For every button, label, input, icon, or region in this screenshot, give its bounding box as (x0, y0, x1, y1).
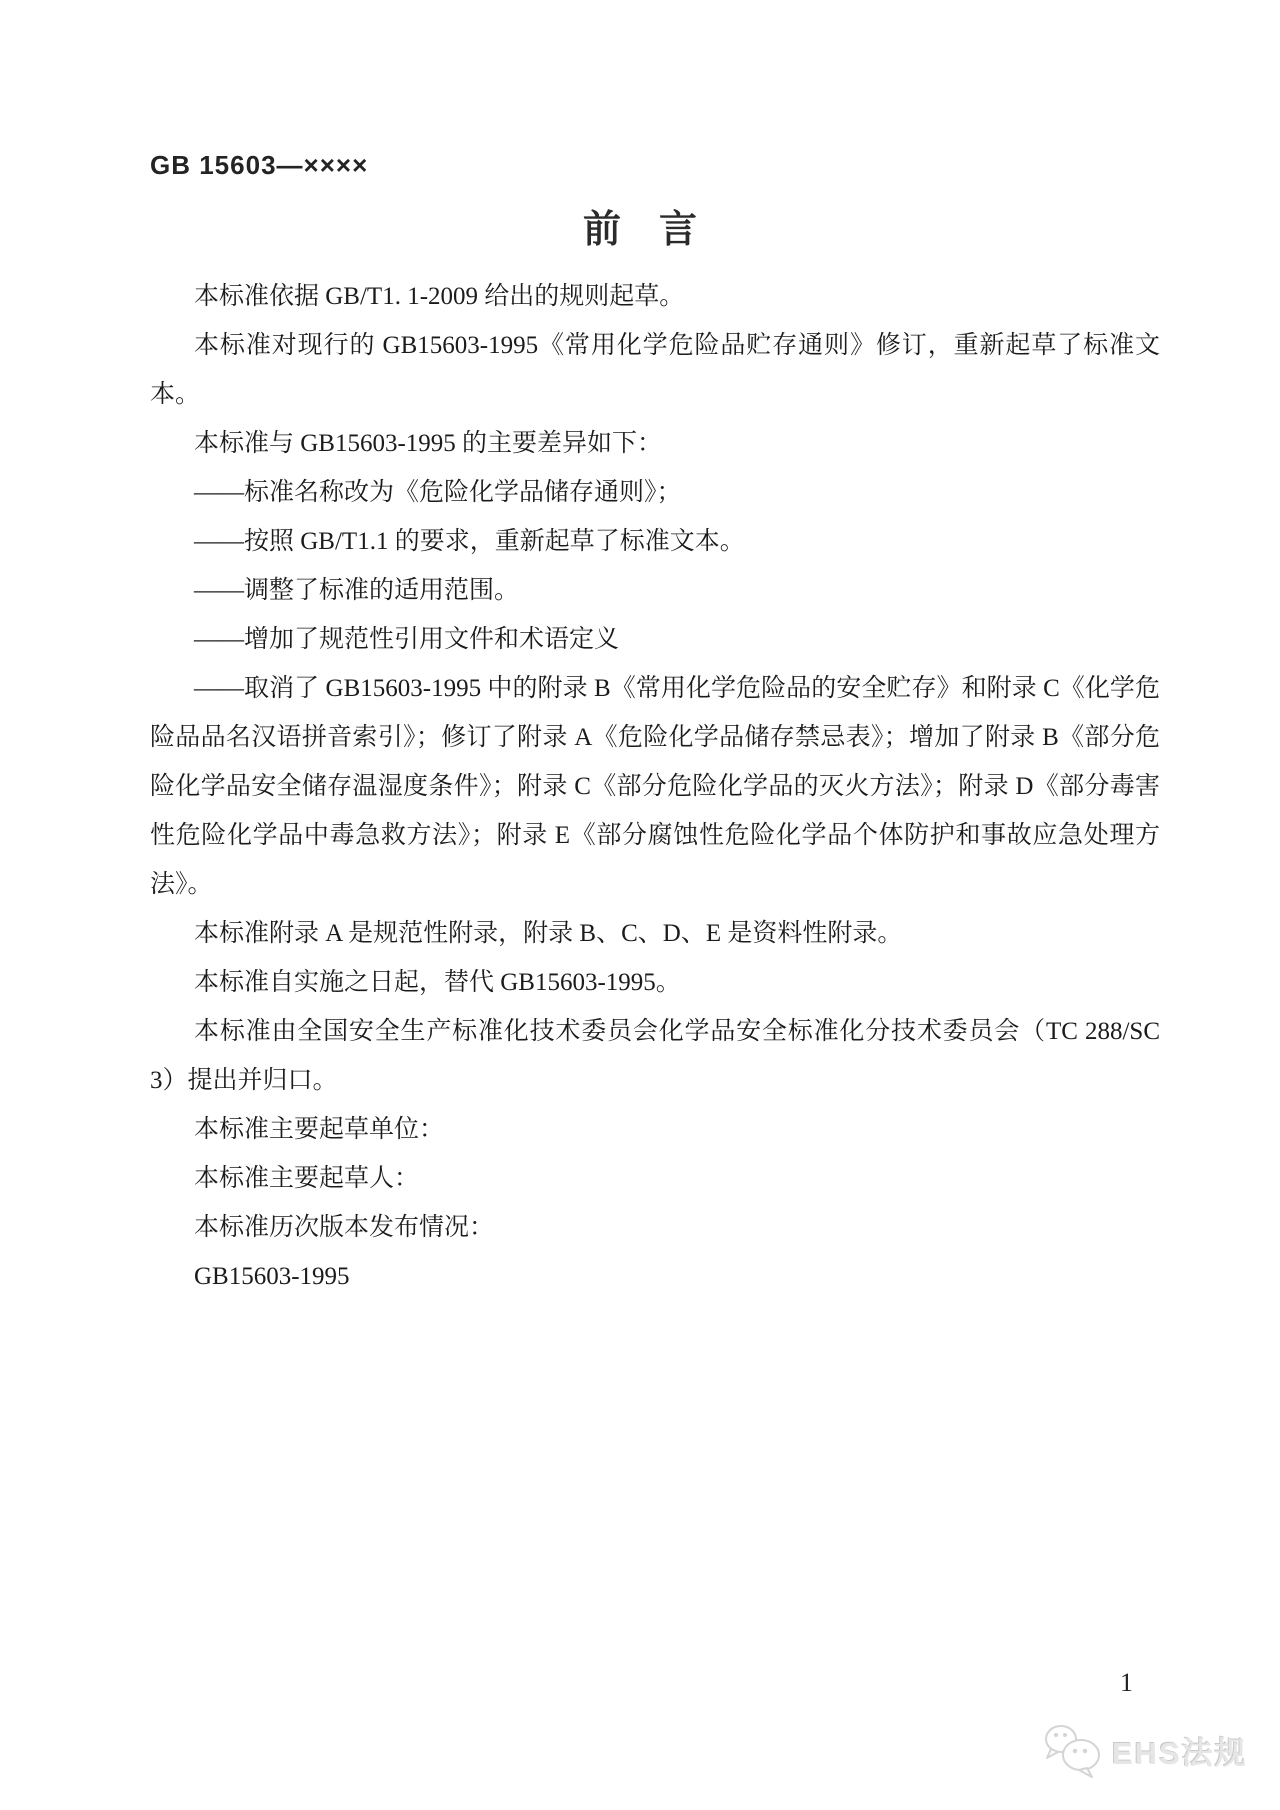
wechat-bubbles-icon (1040, 1722, 1104, 1778)
watermark-label: EHS法规 (1112, 1728, 1248, 1773)
paragraph-diff-scope: ——调整了标准的适用范围。 (150, 566, 1160, 615)
paragraph-annex-types: 本标准附录 A 是规范性附录，附录 B、C、D、E 是资料性附录。 (150, 909, 1160, 958)
watermark: EHS法规 (1040, 1722, 1248, 1778)
paragraph-previous-edition: GB15603-1995 (150, 1252, 1160, 1301)
foreword-body: 本标准依据 GB/T1. 1-2009 给出的规则起草。 本标准对现行的 GB1… (150, 272, 1160, 1301)
paragraph-replacement: 本标准自实施之日起，替代 GB15603-1995。 (150, 958, 1160, 1007)
foreword-title: 前 言 (0, 198, 1280, 253)
standard-number: GB 15603—×××× (150, 150, 368, 181)
paragraph-revision-basis: 本标准对现行的 GB15603-1995《常用化学危险品贮存通则》修订，重新起草… (150, 321, 1160, 419)
paragraph-proposing-body: 本标准由全国安全生产标准化技术委员会化学品安全标准化分技术委员会（TC 288/… (150, 1007, 1160, 1105)
paragraph-drafting-units: 本标准主要起草单位： (150, 1105, 1160, 1154)
document-page: GB 15603—×××× 前 言 本标准依据 GB/T1. 1-2009 给出… (0, 0, 1280, 1810)
paragraph-diff-name-change: ——标准名称改为《危险化学品储存通则》； (150, 468, 1160, 517)
paragraph-diff-redrafted: ——按照 GB/T1.1 的要求，重新起草了标准文本。 (150, 517, 1160, 566)
page-number: 1 (1120, 1668, 1133, 1698)
paragraph-edition-history: 本标准历次版本发布情况： (150, 1203, 1160, 1252)
paragraph-differences-intro: 本标准与 GB15603-1995 的主要差异如下： (150, 419, 1160, 468)
paragraph-diff-references: ——增加了规范性引用文件和术语定义 (150, 615, 1160, 664)
paragraph-diff-annexes: ——取消了 GB15603-1995 中的附录 B《常用化学危险品的安全贮存》和… (150, 664, 1160, 909)
paragraph-drafting-rules: 本标准依据 GB/T1. 1-2009 给出的规则起草。 (150, 272, 1160, 321)
paragraph-drafters: 本标准主要起草人： (150, 1154, 1160, 1203)
